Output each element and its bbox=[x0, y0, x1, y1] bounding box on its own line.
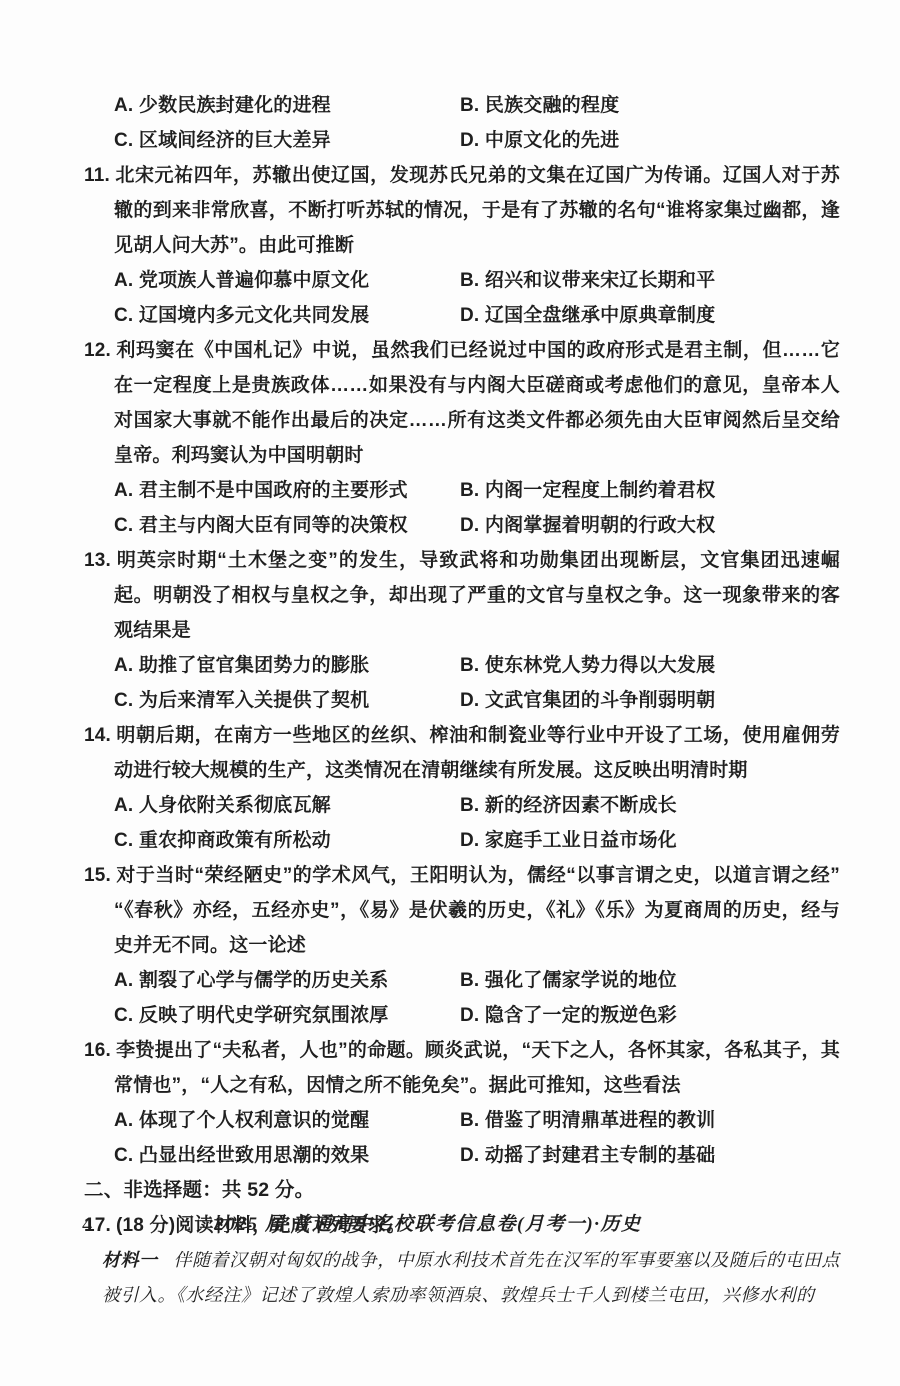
option-c: C. 反映了明代史学研究氛围浓厚 bbox=[114, 998, 460, 1033]
option-a: A. 割裂了心学与儒学的历史关系 bbox=[114, 963, 460, 998]
question-number: 12. bbox=[84, 340, 116, 361]
option-b: B. 强化了儒家学说的地位 bbox=[460, 963, 840, 998]
question-stem-text: 明朝后期，在南方一些地区的丝织、榨油和制瓷业等行业中开设了工场，使用雇佣劳动进行… bbox=[114, 725, 840, 781]
question-15: 15.对于当时“荣经陋史”的学术风气，王阳明认为，儒经“以事言谓之史，以道言谓之… bbox=[84, 858, 840, 1033]
option-c: C. 为后来清军入关提供了契机 bbox=[114, 683, 460, 718]
question-16: 16.李贽提出了“夫私者，人也”的命题。顾炎武说，“天下之人，各怀其家，各私其子… bbox=[84, 1033, 840, 1173]
option-a: A. 党项族人普遍仰慕中原文化 bbox=[114, 263, 460, 298]
option-d: D. 隐含了一定的叛逆色彩 bbox=[460, 998, 840, 1033]
question-stem-text: 利玛窦在《中国札记》中说，虽然我们已经说过中国的政府形式是君主制，但……它在一定… bbox=[114, 340, 840, 466]
option-b: B. 绍兴和议带来宋辽长期和平 bbox=[460, 263, 840, 298]
option-b: B. 使东林党人势力得以大发展 bbox=[460, 648, 840, 683]
question-number: 13. bbox=[84, 550, 116, 571]
question-stem: 15.对于当时“荣经陋史”的学术风气，王阳明认为，儒经“以事言谓之史，以道言谓之… bbox=[84, 858, 840, 963]
option-b: B. 借鉴了明清鼎革进程的教训 bbox=[460, 1103, 840, 1138]
question-12: 12.利玛窦在《中国札记》中说，虽然我们已经说过中国的政府形式是君主制，但……它… bbox=[84, 333, 840, 543]
option-a: A. 体现了个人权利意识的觉醒 bbox=[114, 1103, 460, 1138]
option-c: C. 重农抑商政策有所松动 bbox=[114, 823, 460, 858]
question-options: A. 助推了宦官集团势力的膨胀 B. 使东林党人势力得以大发展 C. 为后来清军… bbox=[84, 648, 840, 718]
question-stem: 12.利玛窦在《中国札记》中说，虽然我们已经说过中国的政府形式是君主制，但……它… bbox=[84, 333, 840, 473]
option-a: A. 君主制不是中国政府的主要形式 bbox=[114, 473, 460, 508]
question-stem: 14.明朝后期，在南方一些地区的丝织、榨油和制瓷业等行业中开设了工场，使用雇佣劳… bbox=[84, 718, 840, 788]
question-number: 14. bbox=[84, 725, 116, 746]
section-2-heading: 二、非选择题：共 52 分。 bbox=[84, 1173, 840, 1208]
option-a: A. 助推了宦官集团势力的膨胀 bbox=[114, 648, 460, 683]
question-options: A. 党项族人普遍仰慕中原文化 B. 绍兴和议带来宋辽长期和平 C. 辽国境内多… bbox=[84, 263, 840, 333]
question-options: A. 体现了个人权利意识的觉醒 B. 借鉴了明清鼎革进程的教训 C. 凸显出经世… bbox=[84, 1103, 840, 1173]
option-d: D. 动摇了封建君主专制的基础 bbox=[460, 1138, 840, 1173]
question-17-material-1: 材料一伴随着汉朝对匈奴的战争，中原水利技术首先在汉军的军事要塞以及随后的屯田点被… bbox=[84, 1243, 840, 1313]
question-options: A. 割裂了心学与儒学的历史关系 B. 强化了儒家学说的地位 C. 反映了明代史… bbox=[84, 963, 840, 1033]
question-stem-text: 对于当时“荣经陋史”的学术风气，王阳明认为，儒经“以事言谓之史，以道言谓之经”“… bbox=[114, 865, 840, 956]
option-d: D. 辽国全盘继承中原典章制度 bbox=[460, 298, 840, 333]
option-d: D. 内阁掌握着明朝的行政大权 bbox=[460, 508, 840, 543]
material-label: 材料一 bbox=[102, 1250, 158, 1270]
page-footer-row: 4 2025 届·普通高中名校联考信息卷(月考一)·历史 bbox=[0, 1210, 900, 1245]
question-number: 11. bbox=[84, 165, 115, 186]
option-a: A. 少数民族封建化的进程 bbox=[114, 88, 460, 123]
option-c: C. 区域间经济的巨大差异 bbox=[114, 123, 460, 158]
question-options: A. 人身依附关系彻底瓦解 B. 新的经济因素不断成长 C. 重农抑商政策有所松… bbox=[84, 788, 840, 858]
question-stem: 11.北宋元祐四年，苏辙出使辽国，发现苏氏兄弟的文集在辽国广为传诵。辽国人对于苏… bbox=[84, 158, 840, 263]
option-b: B. 新的经济因素不断成长 bbox=[460, 788, 840, 823]
question-stem: 16.李贽提出了“夫私者，人也”的命题。顾炎武说，“天下之人，各怀其家，各私其子… bbox=[84, 1033, 840, 1103]
option-d: D. 中原文化的先进 bbox=[460, 123, 840, 158]
option-d: D. 家庭手工业日益市场化 bbox=[460, 823, 840, 858]
question-stem-text: 李贽提出了“夫私者，人也”的命题。顾炎武说，“天下之人，各怀其家，各私其子，其常… bbox=[114, 1040, 840, 1096]
question-14: 14.明朝后期，在南方一些地区的丝织、榨油和制瓷业等行业中开设了工场，使用雇佣劳… bbox=[84, 718, 840, 858]
option-c: C. 辽国境内多元文化共同发展 bbox=[114, 298, 460, 333]
option-b: B. 内阁一定程度上制约着君权 bbox=[460, 473, 840, 508]
material-text: 伴随着汉朝对匈奴的战争，中原水利技术首先在汉军的军事要塞以及随后的屯田点被引入。… bbox=[102, 1250, 840, 1305]
option-d: D. 文武官集团的斗争削弱明朝 bbox=[460, 683, 840, 718]
exam-footer-title: 2025 届·普通高中名校联考信息卷(月考一)·历史 bbox=[0, 1210, 878, 1240]
exam-page: A. 少数民族封建化的进程 B. 民族交融的程度 C. 区域间经济的巨大差异 D… bbox=[0, 0, 900, 1386]
question-options: A. 君主制不是中国政府的主要形式 B. 内阁一定程度上制约着君权 C. 君主与… bbox=[84, 473, 840, 543]
question-10-options: A. 少数民族封建化的进程 B. 民族交融的程度 C. 区域间经济的巨大差异 D… bbox=[84, 88, 840, 158]
option-c: C. 凸显出经世致用思潮的效果 bbox=[114, 1138, 460, 1173]
exam-content: A. 少数民族封建化的进程 B. 民族交融的程度 C. 区域间经济的巨大差异 D… bbox=[84, 88, 840, 1313]
question-stem-text: 北宋元祐四年，苏辙出使辽国，发现苏氏兄弟的文集在辽国广为传诵。辽国人对于苏辙的到… bbox=[114, 165, 840, 256]
question-stem: 13.明英宗时期“土木堡之变”的发生，导致武将和功勋集团出现断层，文官集团迅速崛… bbox=[84, 543, 840, 648]
question-stem-text: 明英宗时期“土木堡之变”的发生，导致武将和功勋集团出现断层，文官集团迅速崛起。明… bbox=[114, 550, 840, 641]
question-number: 16. bbox=[84, 1040, 116, 1061]
question-13: 13.明英宗时期“土木堡之变”的发生，导致武将和功勋集团出现断层，文官集团迅速崛… bbox=[84, 543, 840, 718]
question-11: 11.北宋元祐四年，苏辙出使辽国，发现苏氏兄弟的文集在辽国广为传诵。辽国人对于苏… bbox=[84, 158, 840, 333]
option-a: A. 人身依附关系彻底瓦解 bbox=[114, 788, 460, 823]
question-number: 15. bbox=[84, 865, 116, 886]
option-c: C. 君主与内阁大臣有同等的决策权 bbox=[114, 508, 460, 543]
option-b: B. 民族交融的程度 bbox=[460, 88, 840, 123]
